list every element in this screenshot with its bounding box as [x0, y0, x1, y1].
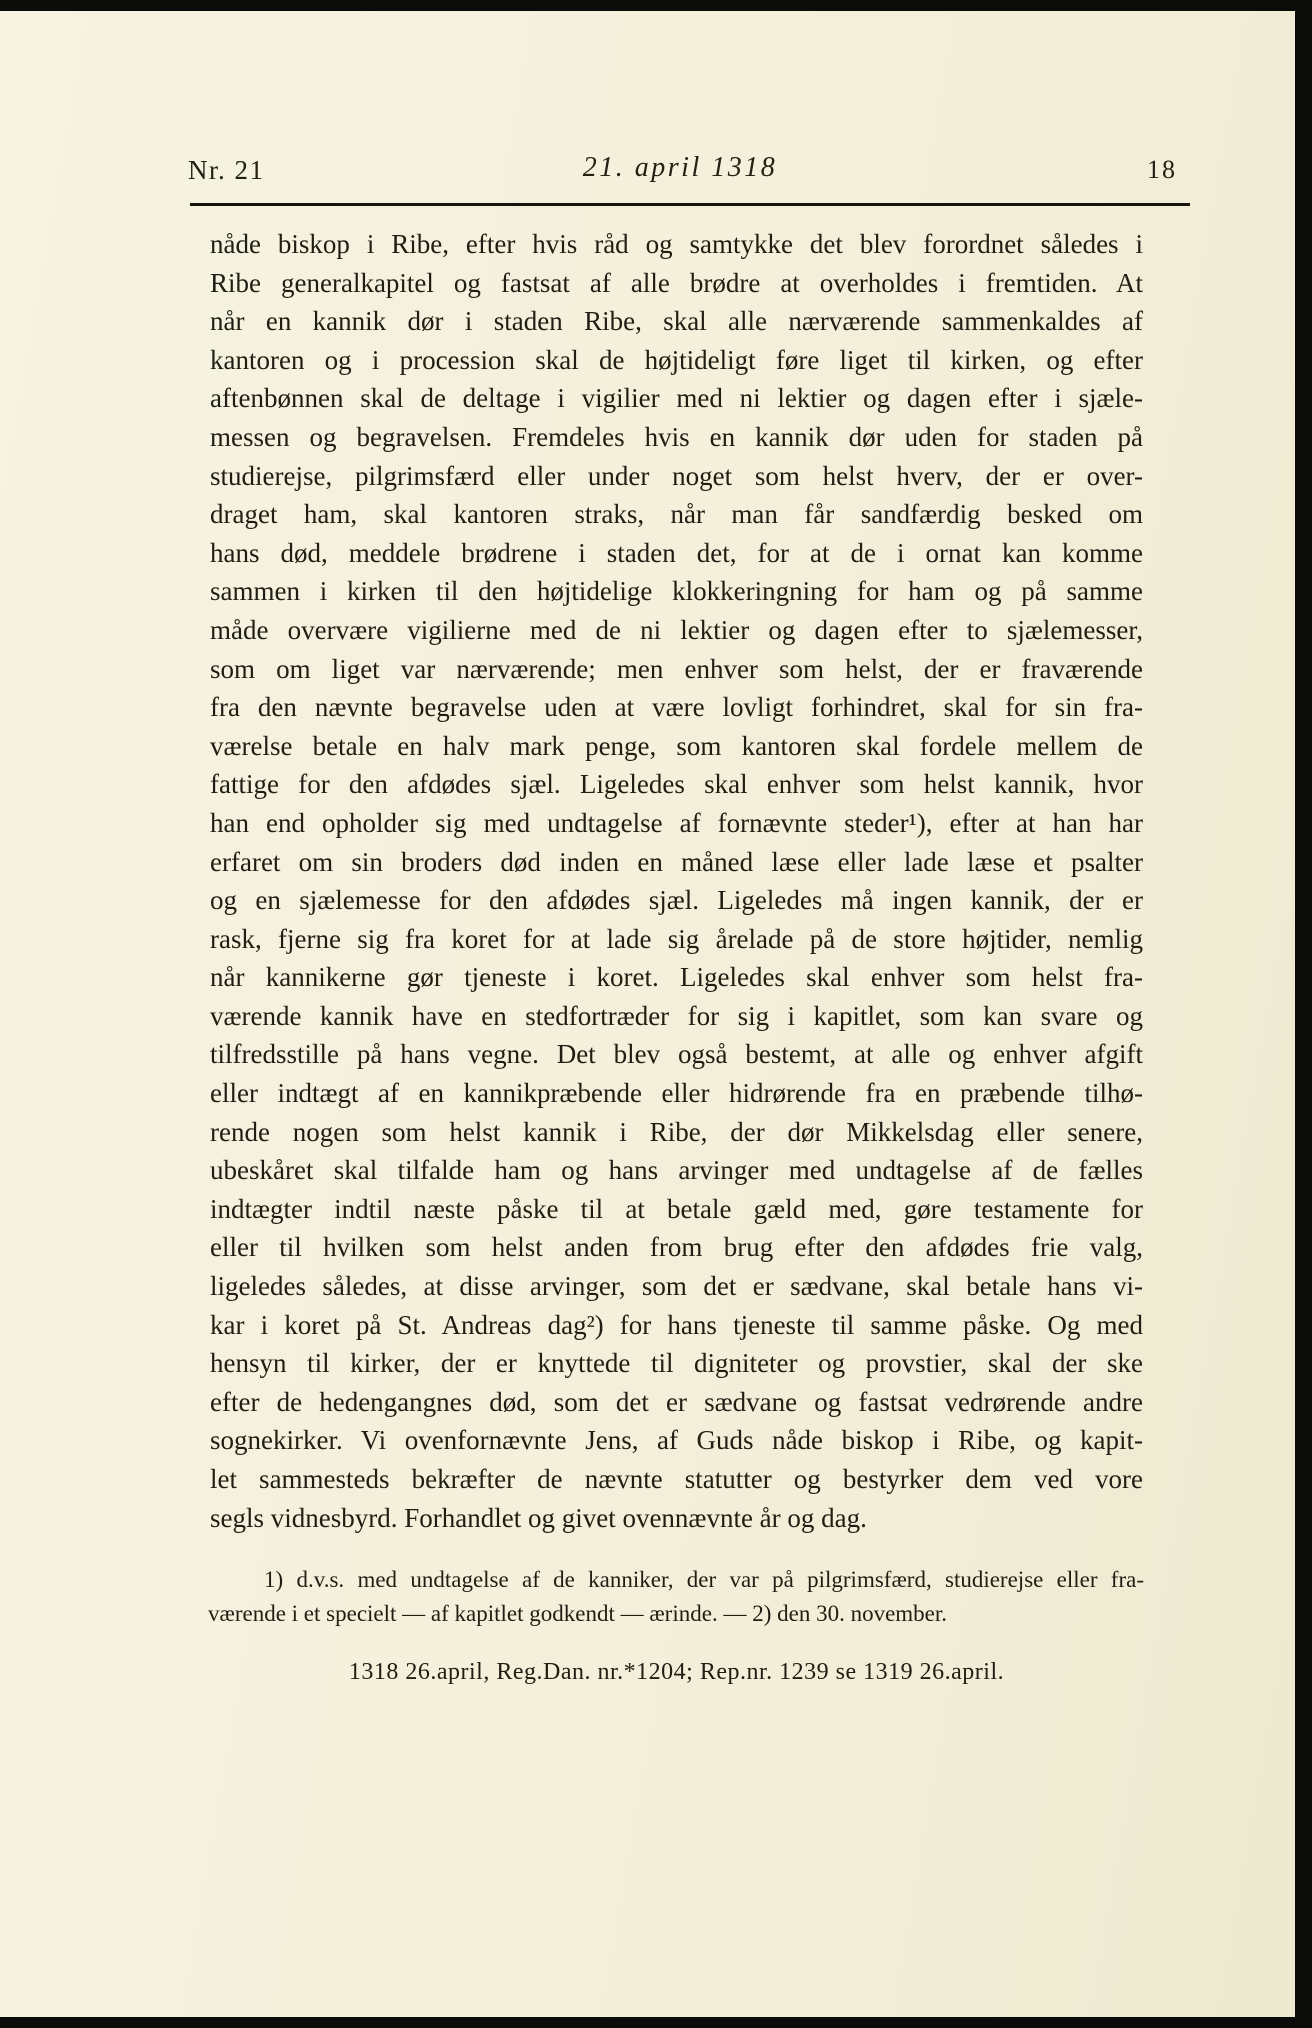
text-line: fattige for den afdødes sjæl. Ligeledes … [210, 765, 1143, 804]
text-line: hans død, meddele brødrene i staden det,… [210, 534, 1143, 573]
text-line: indtægter indtil næste påske til at beta… [210, 1190, 1143, 1229]
text-line: rask, fjerne sig fra koret for at lade s… [210, 920, 1143, 959]
text-line: ubeskåret skal tilfalde ham og hans arvi… [210, 1151, 1143, 1190]
text-line: kantoren og i procession skal de højtide… [210, 341, 1143, 380]
text-line: eller til hvilken som helst anden from b… [210, 1228, 1143, 1267]
text-line: sammen i kirken til den højtidelige klok… [210, 572, 1143, 611]
footnote-line: værende i et specielt — af kapitlet godk… [208, 1597, 1144, 1631]
text-line: kar i koret på St. Andreas dag²) for han… [210, 1306, 1143, 1345]
text-line: ligeledes således, at disse arvinger, so… [210, 1267, 1143, 1306]
text-line: og en sjælemesse for den afdødes sjæl. L… [210, 881, 1143, 920]
text-line: tilfredsstille på hans vegne. Det blev o… [210, 1035, 1143, 1074]
text-line: Ribe generalkapitel og fastsat af alle b… [210, 264, 1143, 303]
text-line: når kannikerne gør tjeneste i koret. Lig… [210, 958, 1143, 997]
text-line: som om liget var nærværende; men enhver … [210, 650, 1143, 689]
text-line: let sammesteds bekræfter de nævnte statu… [210, 1460, 1143, 1499]
document-body-text: nåde biskop i Ribe, efter hvis råd og sa… [210, 225, 1143, 1537]
text-line: sognekirker. Vi ovenfornævnte Jens, af G… [210, 1421, 1143, 1460]
text-line: eller indtægt af en kannikpræbende eller… [210, 1074, 1143, 1113]
text-line: når en kannik dør i staden Ribe, skal al… [210, 302, 1143, 341]
text-line: han end opholder sig med undtagelse af f… [210, 804, 1143, 843]
text-line: messen og begravelsen. Fremdeles hvis en… [210, 418, 1143, 457]
text-line: værelse betale en halv mark penge, som k… [210, 727, 1143, 766]
document-number: Nr. 21 [188, 155, 265, 186]
text-line: studierejse, pilgrimsfærd eller under no… [210, 457, 1143, 496]
reference-line: 1318 26.april, Reg.Dan. nr.*1204; Rep.nr… [210, 1659, 1143, 1686]
text-line: efter de hedengangnes død, som det er sæ… [210, 1383, 1143, 1422]
text-line: værende kannik have en stedfortræder for… [210, 997, 1143, 1036]
page-number: 18 [1147, 155, 1177, 185]
text-line: fra den nævnte begravelse uden at være l… [210, 688, 1143, 727]
page-paper: Nr. 21 21. april 1318 18 nåde biskop i R… [0, 11, 1295, 2017]
text-line: nåde biskop i Ribe, efter hvis råd og sa… [210, 225, 1143, 264]
text-line: hensyn til kirker, der er knyttede til d… [210, 1344, 1143, 1383]
text-line: rende nogen som helst kannik i Ribe, der… [210, 1113, 1143, 1152]
text-line: erfaret om sin broders død inden en måne… [210, 843, 1143, 882]
footnote-line: 1) d.v.s. med undtagelse af de kanniker,… [208, 1563, 1144, 1597]
text-line: aftenbønnen skal de deltage i vigilier m… [210, 379, 1143, 418]
text-line: segls vidnesbyrd. Forhandlet og givet ov… [210, 1499, 1143, 1538]
header-rule [190, 203, 1190, 206]
header-date: 21. april 1318 [380, 152, 980, 184]
footnotes: 1) d.v.s. med undtagelse af de kanniker,… [208, 1563, 1144, 1630]
scanned-book-page: { "page": { "header": { "doc_number": "N… [0, 0, 1312, 2028]
text-line: måde overvære vigilierne med de ni lekti… [210, 611, 1143, 650]
text-line: draget ham, skal kantoren straks, når ma… [210, 495, 1143, 534]
